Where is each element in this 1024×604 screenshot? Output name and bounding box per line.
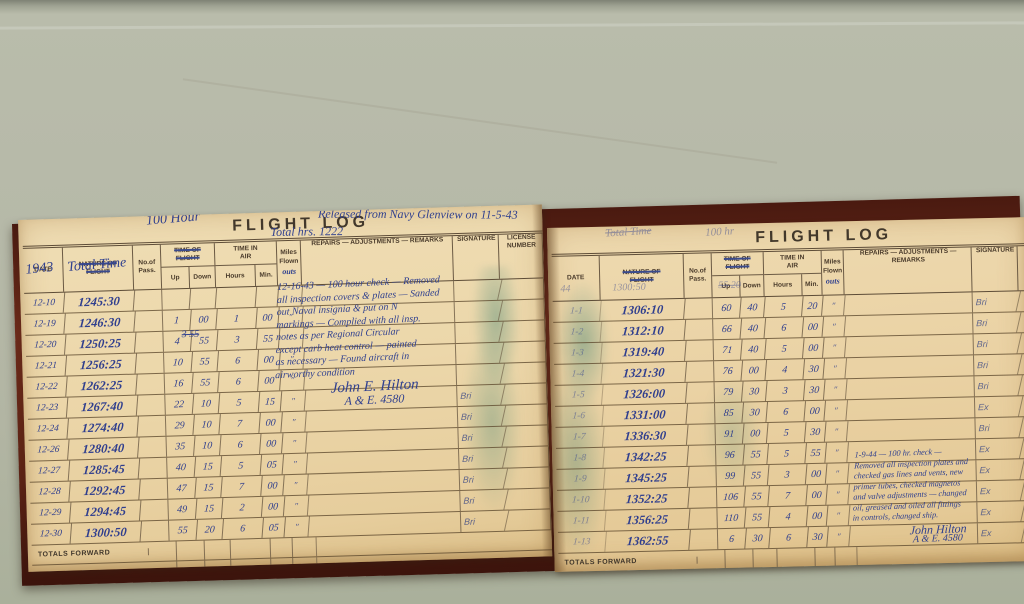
miles-cell: ″: [827, 526, 851, 547]
time-down-cell: 40: [741, 318, 767, 339]
date-cell: 12-27: [29, 461, 70, 482]
time-down-cell: 15: [195, 456, 222, 477]
time-up-cell: 16: [164, 373, 193, 394]
total-time-cell: 1267:40: [67, 396, 138, 418]
hours-subheader: Hours: [764, 274, 801, 296]
signature-cell: Bri: [972, 375, 1023, 396]
time-down-cell: 55: [744, 465, 770, 486]
signature-cell: Bri: [458, 490, 508, 512]
passengers-cell: [139, 458, 168, 479]
air-minutes-cell: 30: [807, 527, 829, 547]
minutes-subheader: Min.: [254, 264, 277, 286]
time-down-cell: 00: [741, 360, 767, 381]
time-up-cell: 1: [162, 310, 191, 331]
date-cell: 12-19: [24, 314, 65, 335]
date-cell: 12-30: [31, 524, 72, 545]
totals-forward-label: TOTALS FORWARD: [32, 548, 149, 558]
total-time-cell: 1262:25: [66, 375, 137, 397]
time-up-cell: 79: [714, 382, 744, 403]
passengers-cell: [140, 479, 169, 500]
air-hours-cell: 6: [769, 527, 809, 548]
passengers-cell: [686, 361, 714, 382]
remarks-cell: [845, 313, 973, 336]
date-cell: 12-23: [27, 398, 68, 419]
total-time-cell: 1336:30: [603, 425, 689, 447]
passengers-cell: [685, 319, 713, 340]
total-time-cell: 1331:00: [602, 404, 688, 426]
miles-flown-column-header: MilesFlownouts: [277, 241, 302, 286]
air-hours-cell: 6: [766, 401, 806, 422]
air-minutes-cell: 55: [805, 443, 827, 463]
handwritten-outs-note: outs: [282, 267, 296, 277]
signature-cell: Bri: [457, 448, 507, 470]
air-hours-cell: 5: [767, 443, 807, 464]
time-of-flight-column-header: TIME OFFLIGHT UpDown: [161, 243, 216, 289]
air-hours-cell: 3: [217, 329, 258, 350]
total-time-cell: 1256:25: [66, 354, 137, 376]
date-cell: 12-26: [28, 440, 69, 461]
time-down-cell: 00: [743, 423, 769, 444]
time-up-cell: 29: [165, 415, 194, 436]
remarks-cell: [847, 418, 975, 441]
passengers-cell: [137, 395, 166, 416]
miles-cell: ″: [822, 295, 846, 316]
up-subheader: Up: [161, 267, 189, 289]
handwritten-released-note: Released from Navy Glenview on 11-5-43: [318, 207, 518, 223]
right-page-title: FLIGHT LOG: [755, 225, 925, 247]
passengers-cell: [687, 403, 715, 424]
miles-cell: ″: [284, 516, 309, 537]
left-page: 100 Hour FLIGHT LOG Released from Navy G…: [18, 204, 552, 571]
signature-cell: Bri: [971, 333, 1022, 354]
passengers-cell: [140, 500, 169, 521]
air-minutes-cell: 00: [807, 506, 829, 526]
air-minutes-cell: 05: [261, 454, 284, 475]
time-down-cell: 30: [742, 402, 768, 423]
totals-cell: [698, 570, 726, 572]
passengers-cell: [139, 437, 168, 458]
passengers-cell: [141, 521, 170, 542]
signature-cell: Bri: [972, 354, 1023, 375]
air-minutes-cell: 00: [262, 496, 285, 517]
time-up-cell: 47: [167, 478, 196, 499]
time-up-cell: 96: [715, 445, 745, 466]
air-hours-cell: 1: [216, 308, 257, 329]
total-time-cell: 1280:40: [68, 437, 139, 459]
handwritten-year: 1943: [25, 260, 54, 279]
passengers-cell: [689, 487, 717, 508]
totals-cell: [231, 539, 272, 559]
carried-updown-note: 55 20: [718, 280, 741, 292]
air-hours-cell: 5: [219, 392, 260, 413]
total-time-cell: 1345:25: [604, 467, 690, 489]
date-cell: 12-24: [27, 419, 68, 440]
totals-cell: [271, 538, 294, 558]
handwritten-outs-note: outs: [826, 276, 840, 286]
total-time-cell: 1362:55: [605, 530, 691, 552]
totals-cell: [815, 548, 835, 567]
air-minutes-cell: 00: [260, 433, 283, 454]
totals-cell: [836, 567, 858, 572]
handwritten-100-hour-note: 100 Hour: [145, 209, 200, 229]
handwritten-100hr-note: 100 hr: [705, 225, 735, 239]
remarks-cell: [845, 292, 973, 315]
time-up-cell: 49: [168, 499, 197, 520]
right-page: Total Time 100 hr FLIGHT LOG DATE NATURE…: [547, 217, 1024, 572]
air-hours-cell: 5: [767, 422, 807, 443]
time-down-cell: 20: [197, 519, 224, 540]
down-subheader: Down: [188, 266, 215, 288]
air-hours-cell: 5: [765, 338, 805, 359]
scan-background: 100 Hour FLIGHT LOG Released from Navy G…: [0, 0, 1024, 604]
miles-cell: ″: [825, 442, 849, 463]
time-down-cell: 10: [193, 393, 220, 414]
air-minutes-cell: 00: [806, 464, 828, 484]
date-cell: 12-20: [25, 335, 66, 356]
remarks-cell: [846, 355, 974, 378]
scanner-streak: [0, 21, 1024, 29]
passengers-cell: [688, 466, 716, 487]
time-in-air-column-header: TIME INAIR HoursMin.: [764, 251, 823, 296]
total-time-cell: 1326:00: [602, 383, 688, 405]
totals-cell: [754, 569, 778, 572]
air-hours-cell: 7: [768, 485, 808, 506]
air-hours-cell: [216, 287, 257, 308]
air-hours-cell: 5: [221, 455, 262, 476]
total-time-cell: 1300:50: [71, 521, 142, 543]
remarks-cell: [846, 334, 974, 357]
air-hours-cell: 7: [219, 413, 260, 434]
right-remarks-handwriting: 1-9-44 — 100 hr. check —Removed all insp…: [852, 444, 1024, 549]
miles-cell: ″: [827, 505, 851, 526]
totals-cell: [726, 569, 754, 572]
time-down-cell: 55: [745, 507, 771, 528]
air-hours-cell: 6: [220, 434, 261, 455]
date-cell: 12-21: [26, 356, 67, 377]
time-up-cell: 60: [712, 298, 742, 319]
signature-cell: Bri: [973, 417, 1024, 438]
date-cell: 12-10: [24, 293, 65, 314]
air-minutes-cell: 30: [803, 359, 825, 379]
time-up-cell: 76: [713, 361, 743, 382]
time-up-cell: 6: [717, 529, 747, 550]
total-time-cell: 1274:40: [67, 416, 138, 438]
air-hours-cell: 4: [765, 359, 805, 380]
air-minutes-cell: 05: [262, 517, 285, 538]
repairs-column-header: REPAIRS — ADJUSTMENTS — REMARKS: [844, 247, 973, 294]
time-up-cell: 106: [716, 487, 746, 508]
air-minutes-cell: 00: [261, 475, 284, 496]
scanner-streak: [183, 78, 777, 163]
handwritten-total-time-note: Total Time: [605, 225, 652, 240]
totals-cell: [778, 568, 816, 572]
time-down-cell: 10: [194, 435, 221, 456]
signature-cell: Bri: [458, 469, 508, 491]
time-down-cell: [190, 288, 217, 309]
air-hours-cell: 3: [766, 380, 806, 401]
total-time-cell: 1321:30: [601, 362, 687, 384]
miles-cell: ″: [283, 453, 308, 474]
passengers-cell: [137, 374, 166, 395]
down-subheader: Down: [739, 275, 764, 297]
time-down-cell: 40: [740, 297, 766, 318]
miles-cell: ″: [826, 463, 850, 484]
time-up-cell: 40: [167, 457, 196, 478]
signature-cell: Bri: [971, 291, 1022, 312]
total-time-cell: 1352:25: [604, 488, 690, 510]
time-down-cell: 30: [742, 381, 768, 402]
air-minutes-cell: [256, 286, 279, 307]
air-minutes-cell: 00: [806, 485, 828, 505]
totals-cell: [205, 540, 232, 560]
license-number-column-header: LICENSENUMBER: [1018, 245, 1024, 290]
time-down-cell: 55: [192, 351, 219, 372]
time-up-cell: 85: [714, 403, 744, 424]
time-down-cell: 15: [196, 498, 223, 519]
air-hours-cell: 3: [768, 464, 808, 485]
passengers-cell: [685, 298, 713, 319]
miles-cell: ″: [825, 421, 849, 442]
totals-cell: [725, 549, 753, 569]
air-minutes-cell: 30: [804, 380, 826, 400]
passengers-cell: [687, 382, 715, 403]
total-time-cell: 1250:25: [65, 333, 136, 355]
air-minutes-cell: 00: [803, 338, 825, 358]
signature-cell: Bri: [456, 406, 506, 428]
date-cell: 12-29: [30, 503, 71, 524]
passengers-column-header: No.ofPass.: [133, 245, 162, 290]
date-cell: 12-22: [26, 377, 67, 398]
time-up-cell: 10: [164, 352, 193, 373]
passengers-cell: [690, 529, 718, 550]
miles-cell: ″: [824, 379, 848, 400]
miles-cell: ″: [282, 433, 307, 454]
hours-subheader: Hours: [215, 265, 254, 287]
air-hours-cell: 6: [223, 518, 264, 539]
time-down-cell: 55: [743, 444, 769, 465]
passengers-cell: [136, 353, 165, 374]
air-minutes-cell: 00: [259, 412, 282, 433]
minutes-subheader: Min.: [801, 274, 822, 295]
total-time-cell: 1285:45: [69, 458, 140, 480]
time-up-cell: 91: [715, 424, 745, 445]
total-time-cell: 1342:25: [603, 446, 689, 468]
time-down-cell: 00: [190, 309, 217, 330]
miles-cell: ″: [824, 400, 848, 421]
struck-out-entry: 3 55: [163, 328, 217, 341]
time-down-cell: 15: [195, 477, 222, 498]
time-up-cell: 66: [713, 319, 743, 340]
air-minutes-cell: 20: [802, 296, 824, 316]
totals-forward-label: TOTALS FORWARD: [559, 557, 698, 567]
miles-cell: ″: [826, 484, 850, 505]
total-time-cell: 1356:25: [605, 509, 691, 531]
total-time-cell: 1292:45: [69, 479, 140, 501]
miles-cell: ″: [823, 337, 847, 358]
air-hours-cell: 7: [221, 476, 262, 497]
totals-cell: [835, 547, 857, 566]
signature-cell: Bri: [971, 312, 1022, 333]
passengers-cell: [688, 445, 716, 466]
signature-column-header: SIGNATURE: [972, 246, 1019, 291]
miles-cell: ″: [823, 358, 847, 379]
passengers-cell: [689, 508, 717, 529]
totals-cell: [777, 548, 815, 568]
total-time-cell: 1312:10: [601, 320, 687, 342]
time-down-cell: 40: [741, 339, 767, 360]
time-down-cell: 30: [745, 528, 771, 549]
total-time-cell: 1306:10: [600, 299, 686, 321]
remarks-cell: [847, 397, 975, 420]
signature-cell: Bri: [456, 427, 506, 449]
handwritten-year: 44: [560, 283, 570, 294]
air-minutes-cell: 00: [804, 401, 826, 421]
miles-flown-column-header: MilesFlownouts: [822, 250, 845, 294]
total-time-cell: 1245:30: [64, 291, 135, 313]
time-in-air-column-header: TIME INAIR HoursMin.: [215, 241, 278, 287]
remarks-cell: [847, 376, 975, 399]
totals-cell: [177, 541, 206, 561]
total-time-cell: 1319:40: [601, 341, 687, 363]
passengers-cell: [134, 290, 163, 311]
totals-cell: [293, 537, 318, 557]
time-down-cell: 55: [192, 372, 219, 393]
miles-cell: ″: [283, 474, 308, 495]
passengers-cell: [688, 424, 716, 445]
time-up-cell: 35: [166, 436, 195, 457]
air-hours-cell: 5: [764, 296, 804, 317]
time-up-cell: 55: [169, 520, 198, 541]
passengers-column-header: No.ofPass.: [684, 253, 713, 298]
time-down-cell: 55: [744, 486, 770, 507]
air-minutes-cell: 30: [805, 422, 827, 442]
totals-cell: [753, 549, 777, 569]
passengers-cell: [135, 332, 164, 353]
totals-cell: [816, 568, 836, 572]
passengers-cell: [138, 416, 167, 437]
air-hours-cell: 4: [769, 506, 809, 527]
miles-cell: ″: [822, 316, 846, 337]
air-hours-cell: 6: [218, 350, 259, 371]
time-up-cell: 71: [713, 340, 743, 361]
totals-cell: [697, 550, 725, 570]
carried-total-note: 1300:50: [612, 282, 646, 294]
total-time-cell: 1294:45: [70, 500, 141, 522]
total-time-cell: 1246:30: [64, 312, 135, 334]
time-up-cell: 110: [717, 508, 747, 529]
air-hours-cell: 2: [222, 497, 263, 518]
air-minutes-cell: 00: [802, 317, 824, 337]
passengers-cell: [686, 340, 714, 361]
time-up-cell: 22: [165, 394, 194, 415]
air-hours-cell: 6: [765, 317, 805, 338]
time-down-cell: 10: [193, 414, 220, 435]
miles-cell: ″: [281, 412, 306, 433]
signature-cell: Bri: [459, 511, 509, 533]
miles-cell: ″: [284, 495, 309, 516]
time-up-cell: 99: [716, 466, 746, 487]
passengers-cell: [135, 311, 164, 332]
air-hours-cell: 6: [218, 371, 259, 392]
time-up-cell: [162, 289, 191, 310]
signature-cell: Ex: [973, 396, 1024, 417]
totals-cell: [149, 541, 178, 561]
date-cell: 12-28: [29, 482, 70, 503]
left-remarks-handwriting: 12-16-43 — 100 hour check — Removedall i…: [274, 273, 477, 411]
